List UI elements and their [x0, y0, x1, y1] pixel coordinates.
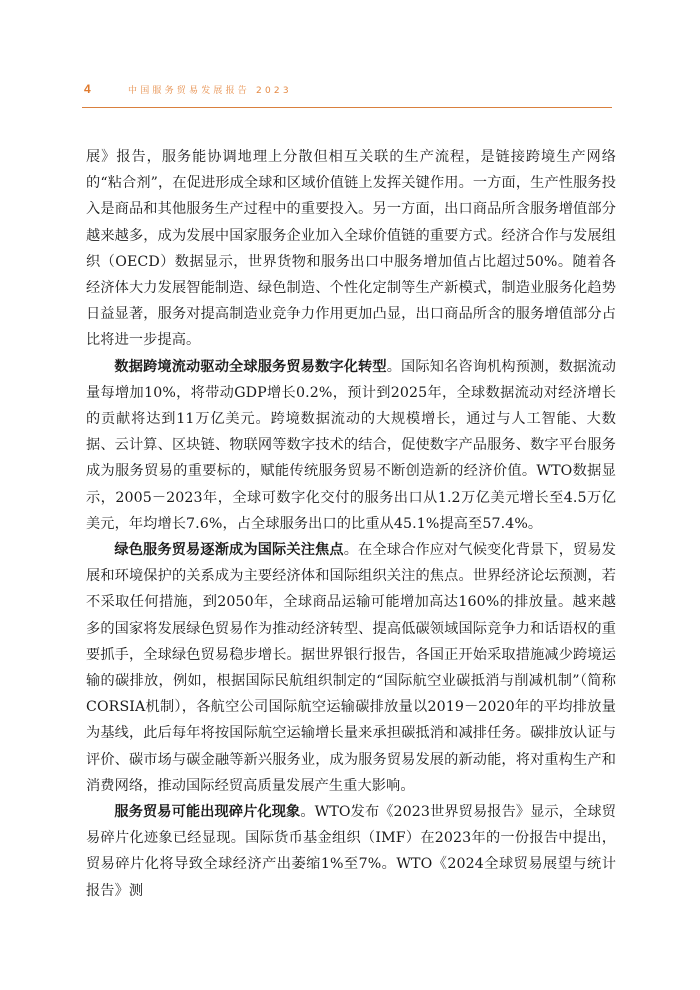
header-divider	[82, 107, 612, 108]
running-title: 中国服务贸易发展报告 2023	[128, 83, 292, 96]
paragraph-data-flow: 数据跨境流动驱动全球服务贸易数字化转型。国际知名咨询机构预测，数据流动量每增加1…	[86, 354, 616, 537]
paragraph-text: 。国际知名咨询机构预测，数据流动量每增加10%，将带动GDP增长0.2%，预计到…	[86, 359, 616, 532]
page-header: 4 中国服务贸易发展报告 2023	[84, 82, 614, 104]
page-number: 4	[84, 82, 91, 96]
paragraph-lead-heading: 服务贸易可能出现碎片化现象	[114, 804, 300, 820]
paragraph-continuation: 展》报告，服务能协调地理上分散但相互关联的生产流程，是链接跨境生产网络的“粘合剂…	[86, 144, 616, 354]
body-text: 展》报告，服务能协调地理上分散但相互关联的生产流程，是链接跨境生产网络的“粘合剂…	[86, 144, 616, 904]
paragraph-text: 。在全球合作应对气候变化背景下，贸易发展和环境保护的关系成为主要经济体和国际组织…	[86, 542, 616, 794]
paragraph-text: 展》报告，服务能协调地理上分散但相互关联的生产流程，是链接跨境生产网络的“粘合剂…	[86, 149, 616, 348]
paragraph-lead-heading: 绿色服务贸易逐渐成为国际关注焦点	[114, 542, 343, 558]
paragraph-green-trade: 绿色服务贸易逐渐成为国际关注焦点。在全球合作应对气候变化背景下，贸易发展和环境保…	[86, 537, 616, 799]
paragraph-fragmentation: 服务贸易可能出现碎片化现象。WTO发布《2023世界贸易报告》显示，全球贸易碎片…	[86, 799, 616, 904]
paragraph-lead-heading: 数据跨境流动驱动全球服务贸易数字化转型	[114, 359, 386, 375]
